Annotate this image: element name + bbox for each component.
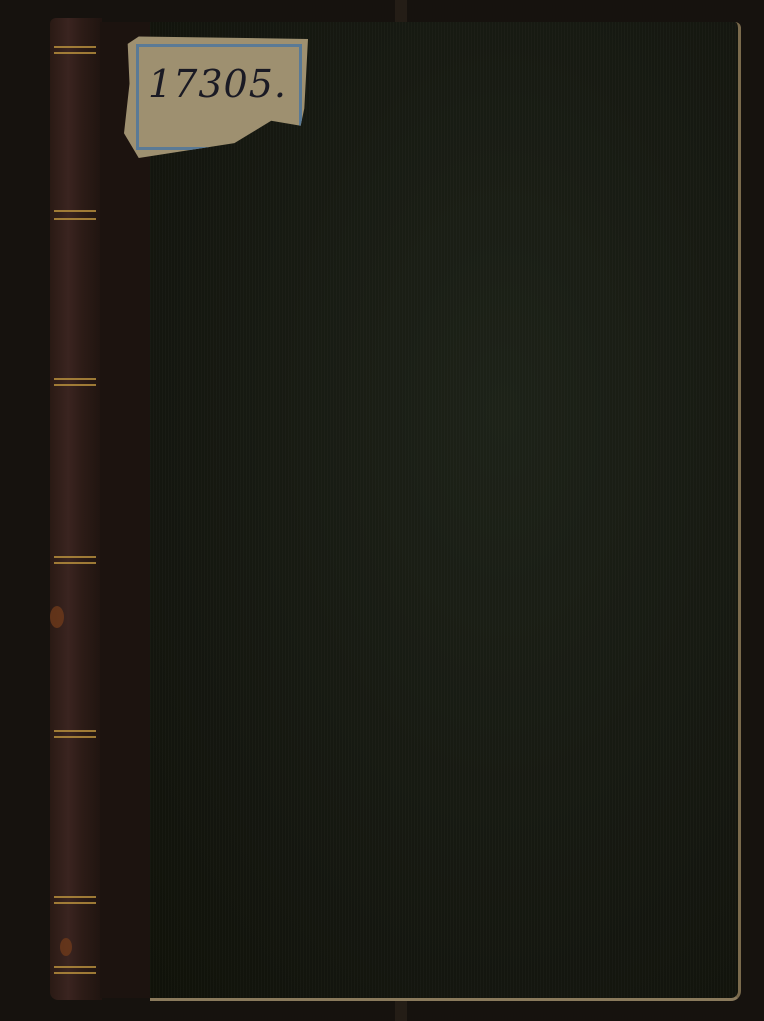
- spine-band: [54, 896, 96, 898]
- spine-title: [58, 248, 94, 288]
- spine-band: [54, 972, 96, 974]
- spine-band: [54, 210, 96, 212]
- book-spine: [50, 18, 102, 1000]
- spine-hinge: [100, 22, 152, 998]
- spine-band: [54, 736, 96, 738]
- spine-band: [54, 378, 96, 380]
- spine-stain: [50, 606, 64, 628]
- spine-band: [54, 556, 96, 558]
- spine-band: [54, 52, 96, 54]
- spine-stain: [60, 938, 72, 956]
- spine-band: [54, 966, 96, 968]
- spine-band: [54, 902, 96, 904]
- spine-subtitle: [58, 298, 94, 338]
- spine-band: [54, 384, 96, 386]
- spine-band: [54, 730, 96, 732]
- book-cover: [150, 22, 741, 1001]
- spine-band: [54, 562, 96, 564]
- catalog-number: 17305.: [148, 62, 287, 106]
- spine-band: [54, 46, 96, 48]
- spine-band: [54, 218, 96, 220]
